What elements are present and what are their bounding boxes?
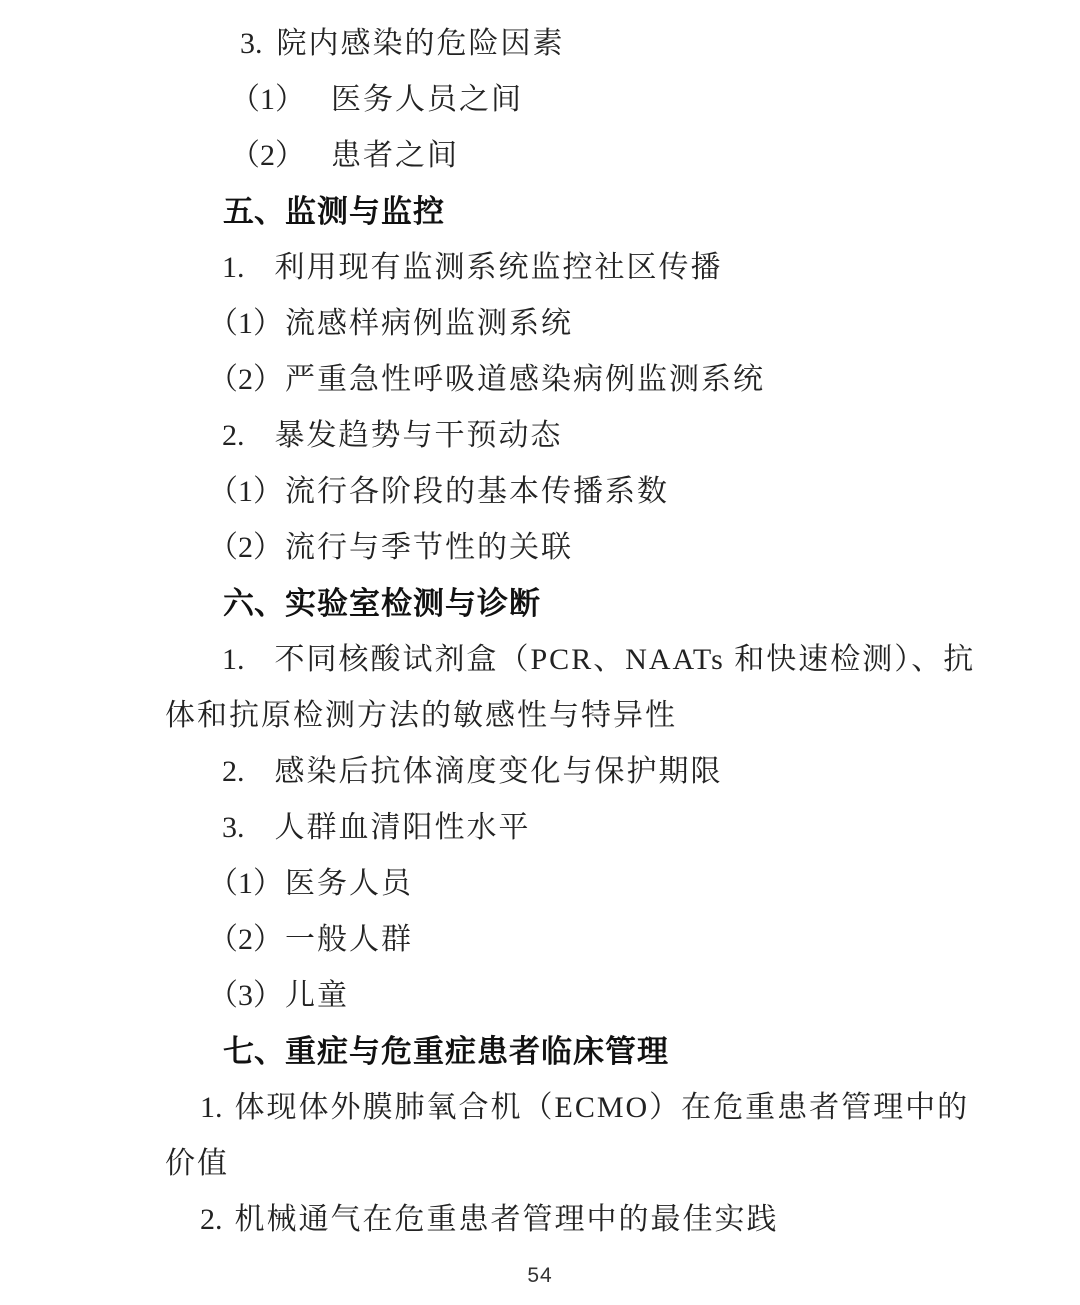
outline-item: （1）医务人员 [0, 856, 1080, 912]
continuation-line: 体和抗原检测方法的敏感性与特异性 [0, 688, 1080, 744]
page-number-text: 54 [527, 1264, 552, 1287]
section-heading: 六、实验室检测与诊断 [0, 576, 1080, 632]
item-label: 2. [222, 755, 245, 788]
heading-label: 六、 [223, 586, 285, 621]
item-text: 人群血清阳性水平 [275, 811, 531, 844]
section-heading: 七、重症与危重症患者临床管理 [0, 1024, 1080, 1080]
heading-text: 重症与危重症患者临床管理 [285, 1034, 669, 1069]
outline-item: 1.体现体外膜肺氧合机（ECMO）在危重患者管理中的 [0, 1080, 1080, 1136]
outline-item: 3.院内感染的危险因素 [0, 16, 1080, 72]
item-text: 感染后抗体滴度变化与保护期限 [275, 755, 723, 788]
outline-item: （2）流行与季节性的关联 [0, 520, 1080, 576]
item-text: 体和抗原检测方法的敏感性与特异性 [165, 699, 677, 732]
item-label: （2） [208, 363, 283, 396]
heading-label: 五、 [223, 194, 285, 229]
item-label: 1. [222, 251, 245, 284]
continuation-line: 价值 [0, 1136, 1080, 1192]
document-page: 3.院内感染的危险因素 （1）医务人员之间 （2）患者之间 五、监测与监控 1.… [0, 0, 1080, 1305]
item-label: （2） [208, 531, 283, 564]
item-label: （2） [230, 139, 305, 172]
outline-item: 2.机械通气在危重患者管理中的最佳实践 [0, 1192, 1080, 1248]
outline-item: （3）儿童 [0, 968, 1080, 1024]
outline-item: （2）患者之间 [0, 128, 1080, 184]
outline-item: 1.不同核酸试剂盒（PCR、NAATs 和快速检测）、抗 [0, 632, 1080, 688]
item-label: 2. [222, 419, 245, 452]
item-label: （1） [208, 307, 283, 340]
outline-item: （1）医务人员之间 [0, 72, 1080, 128]
item-label: （3） [208, 979, 283, 1012]
item-label: 1. [200, 1091, 223, 1124]
outline-item: 2.感染后抗体滴度变化与保护期限 [0, 744, 1080, 800]
section-heading: 五、监测与监控 [0, 184, 1080, 240]
item-label: （1） [208, 475, 283, 508]
item-text: 暴发趋势与干预动态 [275, 419, 563, 452]
outline-item: 3.人群血清阳性水平 [0, 800, 1080, 856]
item-text: 流行与季节性的关联 [285, 531, 573, 564]
item-text: 不同核酸试剂盒（PCR、NAATs 和快速检测）、抗 [275, 643, 976, 676]
heading-text: 实验室检测与诊断 [285, 586, 541, 621]
outline-item: （2）一般人群 [0, 912, 1080, 968]
item-text: 医务人员之间 [331, 83, 523, 116]
item-label: 2. [200, 1203, 223, 1236]
item-label: （1） [230, 83, 305, 116]
item-text: 流感样病例监测系统 [285, 307, 573, 340]
outline-item: （2）严重急性呼吸道感染病例监测系统 [0, 352, 1080, 408]
outline-item: （1）流行各阶段的基本传播系数 [0, 464, 1080, 520]
heading-text: 监测与监控 [285, 194, 445, 229]
item-label: 3. [240, 27, 263, 60]
page-number: 54 [0, 1248, 1080, 1304]
item-text: 医务人员 [285, 867, 413, 900]
item-text: 严重急性呼吸道感染病例监测系统 [285, 363, 765, 396]
item-text: 一般人群 [285, 923, 413, 956]
item-label: 1. [222, 643, 245, 676]
item-text: 儿童 [285, 979, 349, 1012]
outline-item: 2.暴发趋势与干预动态 [0, 408, 1080, 464]
item-text: 机械通气在危重患者管理中的最佳实践 [235, 1203, 779, 1236]
item-text: 体现体外膜肺氧合机（ECMO）在危重患者管理中的 [235, 1091, 970, 1124]
item-label: 3. [222, 811, 245, 844]
item-text: 利用现有监测系统监控社区传播 [275, 251, 723, 284]
item-text: 院内感染的危险因素 [277, 27, 565, 60]
item-text: 价值 [165, 1147, 229, 1180]
item-label: （2） [208, 923, 283, 956]
item-text: 流行各阶段的基本传播系数 [285, 475, 669, 508]
outline-item: 1.利用现有监测系统监控社区传播 [0, 240, 1080, 296]
item-label: （1） [208, 867, 283, 900]
heading-label: 七、 [223, 1034, 285, 1069]
outline-item: （1）流感样病例监测系统 [0, 296, 1080, 352]
item-text: 患者之间 [331, 139, 459, 172]
